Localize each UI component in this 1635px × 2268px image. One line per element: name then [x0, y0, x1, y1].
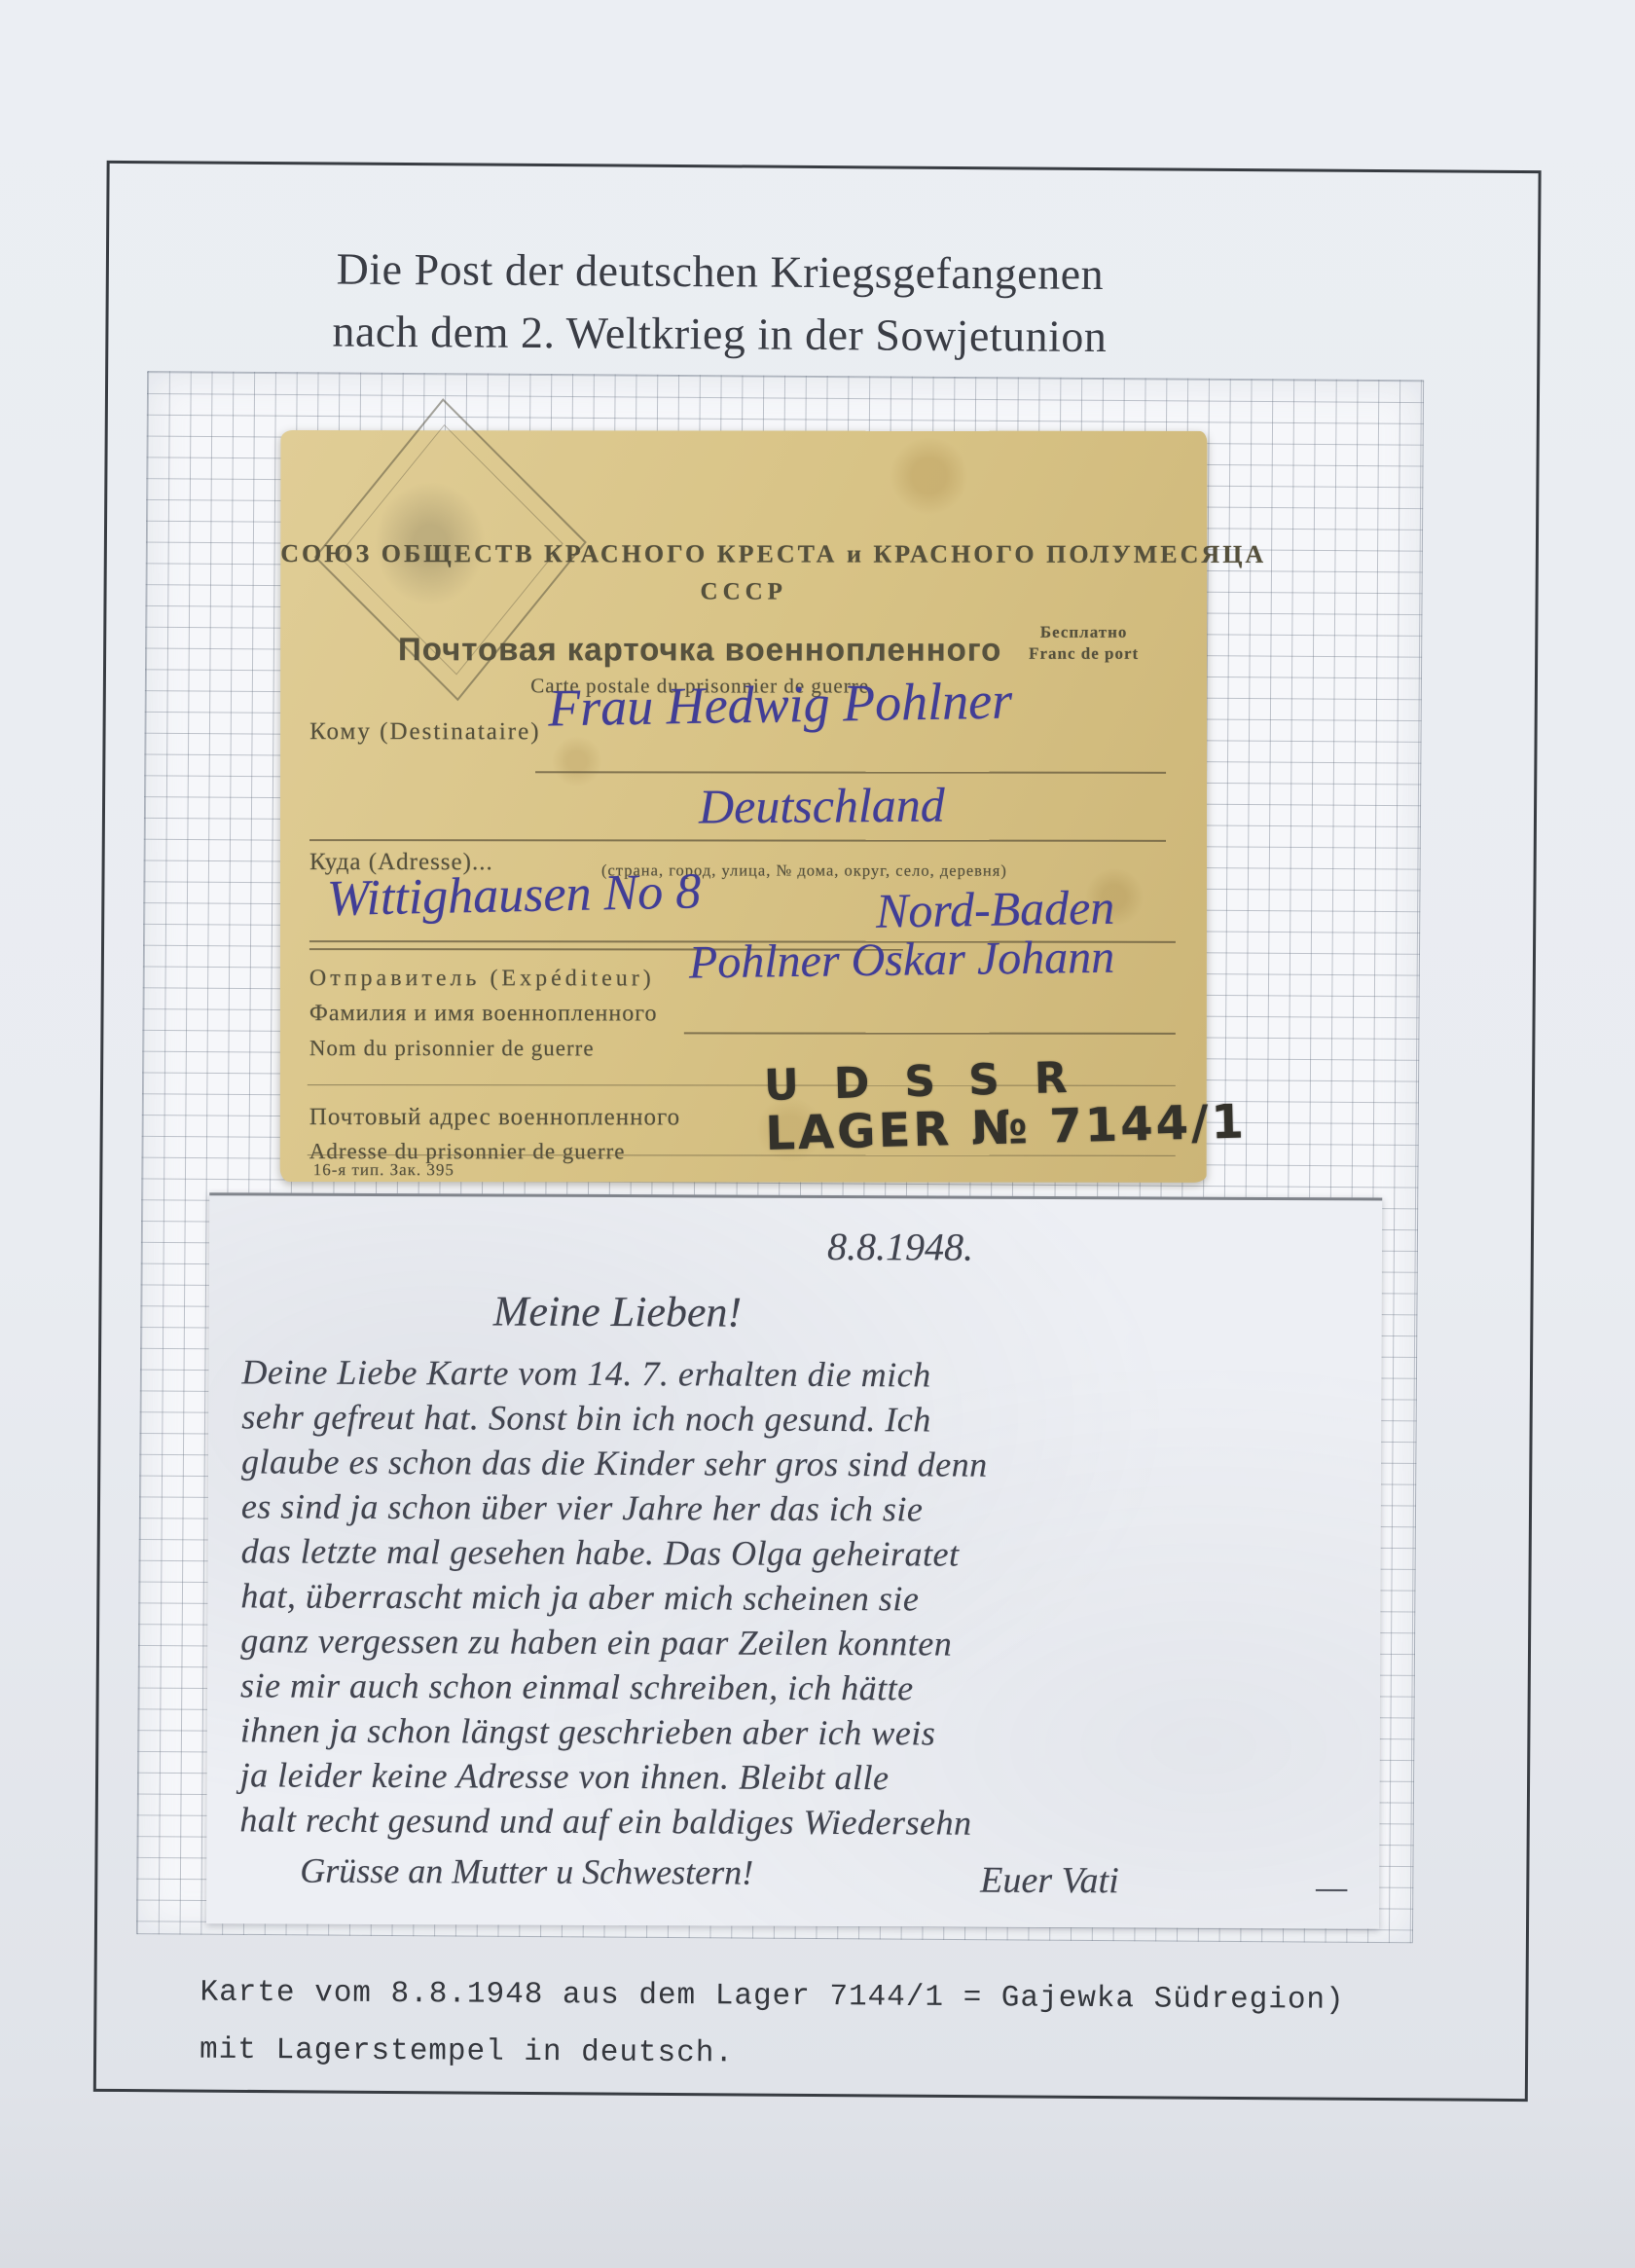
- free-post-fr: Franc de port: [1029, 643, 1139, 665]
- message-line: Deine Liebe Karte vom 14. 7. erhalten di…: [241, 1349, 1354, 1399]
- sender-name-fr-label: Nom du prisonnier de guerre: [309, 1036, 595, 1061]
- message-closing: Grüsse an Mutter u Schwestern!: [300, 1850, 753, 1893]
- to-field-value: Frau Hedwig Pohlner: [548, 671, 1013, 739]
- message-line: sehr gefreut hat. Sonst bin ich noch ges…: [241, 1394, 1354, 1444]
- message-date: 8.8.1948.: [827, 1224, 973, 1270]
- card-type-ru: Почтовая карточка военнопленного: [236, 631, 1163, 669]
- message-salutation: Meine Lieben!: [493, 1286, 743, 1336]
- message-line: hat, überrascht mich ja aber mich schein…: [240, 1573, 1353, 1623]
- postcard-message-side: 8.8.1948. Meine Lieben! Deine Liebe Kart…: [206, 1192, 1382, 1928]
- message-body: Deine Liebe Karte vom 14. 7. erhalten di…: [239, 1349, 1354, 1847]
- album-sheet: Die Post der deutschen Kriegsgefangenen …: [0, 0, 1635, 2268]
- sender-field-value: Pohlner Oskar Johann: [689, 931, 1115, 990]
- message-signature: Euer Vati: [980, 1859, 1119, 1903]
- to-field-rule: [535, 771, 1166, 774]
- pow-address-ru-label: Почтовый адрес военнопленного: [309, 1104, 680, 1131]
- message-line: ja leider keine Adresse von ihnen. Bleib…: [240, 1752, 1353, 1802]
- sender-field-label: Отправитель (Expéditeur): [309, 966, 655, 992]
- postcard-front: СОЮЗ ОБЩЕСТВ КРАСНОГО КРЕСТА и КРАСНОГО …: [280, 430, 1208, 1183]
- message-line: sie mir auch schon einmal schreiben, ich…: [240, 1663, 1353, 1712]
- signature-dash: —: [1316, 1866, 1347, 1907]
- caption-line1: Karte vom 8.8.1948 aus dem Lager 7144/1 …: [200, 1964, 1345, 2030]
- message-line: es sind ja schon über vier Jahre her das…: [241, 1483, 1354, 1533]
- address-country-value: Deutschland: [699, 777, 945, 835]
- album-page-photo: Die Post der deutschen Kriegsgefangenen …: [0, 0, 1635, 2268]
- message-line: ihnen ja schon längst geschrieben aber i…: [240, 1707, 1353, 1757]
- print-note: 16-я тип. Зак. 395: [313, 1160, 454, 1180]
- redcross-union-header: СОЮЗ ОБЩЕСТВ КРАСНОГО КРЕСТА и КРАСНОГО …: [280, 539, 1207, 569]
- page-title-line2: nach dem 2. Weltkrieg in der Sowjetunion: [121, 299, 1318, 370]
- page-title: Die Post der deutschen Kriegsgefangenen …: [121, 237, 1319, 370]
- camp-stamp: UDSSR LAGER № 7144/1: [764, 1051, 1248, 1158]
- address-rule: [309, 839, 1166, 842]
- to-field-label: Кому (Destinataire): [309, 718, 540, 746]
- page-title-line1: Die Post der deutschen Kriegsgefangenen: [122, 237, 1319, 308]
- sender-rule: [684, 1032, 1176, 1034]
- message-line: halt recht gesund und auf ein baldiges W…: [239, 1797, 1352, 1847]
- address-street-value: Wittighausen No 8: [326, 862, 701, 928]
- message-line: ganz vergessen zu haben ein paar Zeilen …: [240, 1618, 1353, 1667]
- caption: Karte vom 8.8.1948 aus dem Lager 7144/1 …: [200, 1964, 1345, 2087]
- message-line: das letzte mal gesehen habe. Das Olga ge…: [241, 1528, 1354, 1578]
- ussr-label: СССР: [280, 578, 1207, 606]
- free-post-ru: Бесплатно: [1029, 622, 1139, 643]
- message-line: glaube es schon das die Kinder sehr gros…: [241, 1439, 1354, 1488]
- sender-name-ru-label: Фамилия и имя военнопленного: [309, 1001, 658, 1027]
- camp-stamp-lager-line: LAGER № 7144/1: [765, 1096, 1248, 1158]
- caption-line2: mit Lagerstempel in deutsch.: [200, 2022, 1345, 2087]
- free-post-label: Бесплатно Franc de port: [1029, 622, 1139, 665]
